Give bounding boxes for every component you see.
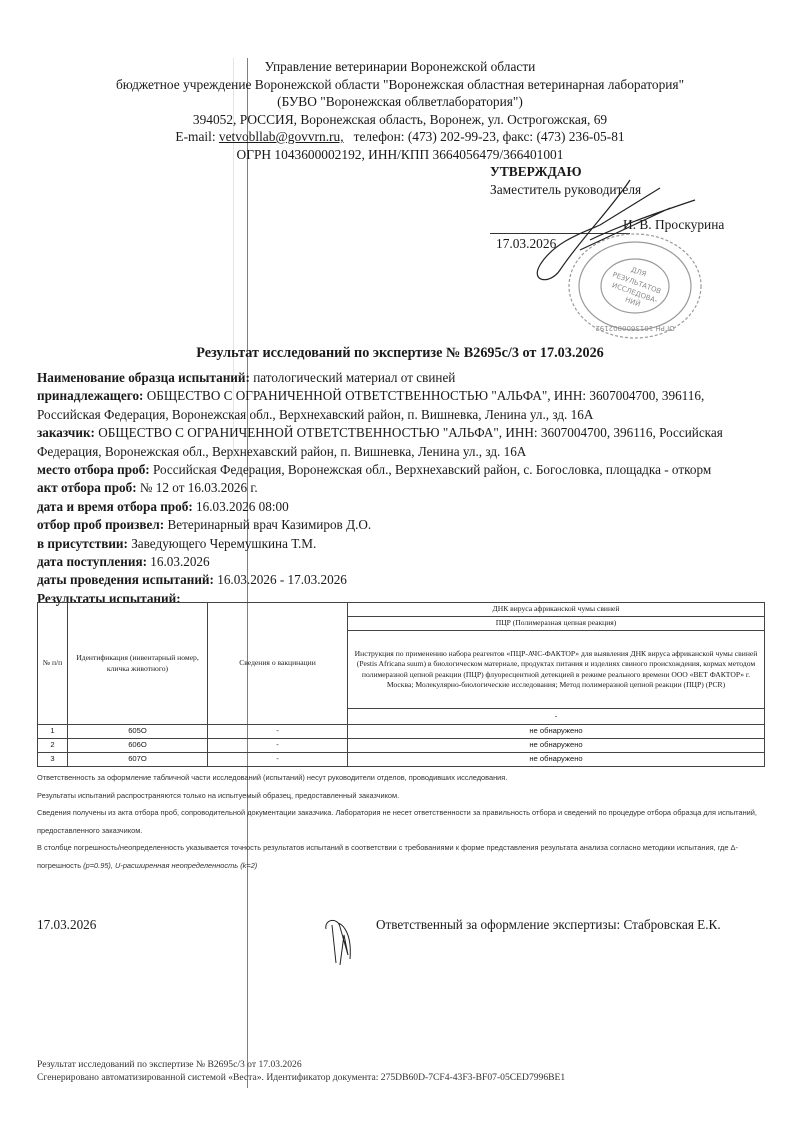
page-title: Результат исследований по экспертизе № В… bbox=[0, 345, 800, 362]
header-norm: - bbox=[348, 709, 765, 725]
row-vacc: - bbox=[208, 725, 348, 739]
owner-label: принадлежащего: bbox=[37, 388, 143, 403]
header-address: 394052, РОССИЯ, Воронежская область, Вор… bbox=[0, 111, 800, 129]
row-result: не обнаружено bbox=[348, 739, 765, 753]
header-method-short: ПЦР (Полимеразная цепная реакция) bbox=[348, 617, 765, 631]
customer-value: ОБЩЕСТВО С ОГРАНИЧЕННОЙ ОТВЕТСТВЕННОСТЬЮ… bbox=[37, 425, 723, 458]
header-short-name: (БУВО "Воронежская облветлаборатория") bbox=[0, 93, 800, 111]
received-value: 16.03.2026 bbox=[150, 554, 209, 569]
table-row: 3 607О - не обнаружено bbox=[38, 753, 765, 767]
presence-value: Заведующего Черемушкина Т.М. bbox=[131, 536, 316, 551]
svg-text:ОГРН 1013600002192: ОГРН 1013600002192 bbox=[595, 324, 674, 332]
row-num: 2 bbox=[38, 739, 68, 753]
row-result: не обнаружено bbox=[348, 753, 765, 767]
received-label: дата поступления: bbox=[37, 554, 147, 569]
row-result: не обнаружено bbox=[348, 725, 765, 739]
approver-signature-icon bbox=[520, 170, 710, 290]
sampling-place-row: место отбора проб: Российская Федерация,… bbox=[37, 461, 767, 479]
document-footer: Результат исследований по экспертизе № В… bbox=[37, 1058, 565, 1085]
results-table: № п/п Идентификация (инвентарный номер, … bbox=[37, 602, 765, 767]
row-vacc: - bbox=[208, 753, 348, 767]
received-row: дата поступления: 16.03.2026 bbox=[37, 553, 767, 571]
owner-row: принадлежащего: ОБЩЕСТВО С ОГРАНИЧЕННОЙ … bbox=[37, 387, 767, 424]
test-dates-label: даты проведения испытаний: bbox=[37, 572, 214, 587]
sample-name-label: Наименование образца испытаний: bbox=[37, 370, 250, 385]
sampling-place-value: Российская Федерация, Воронежская обл., … bbox=[153, 462, 711, 477]
sample-name-row: Наименование образца испытаний: патологи… bbox=[37, 369, 767, 387]
notes-block: Ответственность за оформление табличной … bbox=[37, 769, 767, 875]
note-scope: Результаты испытаний распространяются то… bbox=[37, 787, 767, 805]
sampling-datetime-value: 16.03.2026 08:00 bbox=[196, 499, 289, 514]
row-num: 3 bbox=[38, 753, 68, 767]
header-registration: ОГРН 1043600002192, ИНН/КПП 3664056479/3… bbox=[0, 146, 800, 164]
table-row: 1 605О - не обнаружено bbox=[38, 725, 765, 739]
header-contacts: E-mail: vetvobllab@govvrn.ru, телефон: (… bbox=[0, 128, 800, 146]
responsible-signature-icon bbox=[318, 915, 358, 975]
sampled-by-row: отбор проб произвел: Ветеринарный врач К… bbox=[37, 516, 767, 534]
row-ident: 607О bbox=[68, 753, 208, 767]
sampling-place-label: место отбора проб: bbox=[37, 462, 150, 477]
header-identification: Идентификация (инвентарный номер, кличка… bbox=[68, 603, 208, 725]
header-vaccination: Сведения о вакцинации bbox=[208, 603, 348, 725]
test-dates-value: 16.03.2026 - 17.03.2026 bbox=[217, 572, 347, 587]
sample-name-value: патологический материал от свиней bbox=[253, 370, 455, 385]
test-dates-row: даты проведения испытаний: 16.03.2026 - … bbox=[37, 571, 767, 589]
row-num: 1 bbox=[38, 725, 68, 739]
sampling-act-row: акт отбора проб: № 12 от 16.03.2026 г. bbox=[37, 479, 767, 497]
footer-reference: Результат исследований по экспертизе № В… bbox=[37, 1058, 565, 1071]
row-ident: 605О bbox=[68, 725, 208, 739]
customer-row: заказчик: ОБЩЕСТВО С ОГРАНИЧЕННОЙ ОТВЕТС… bbox=[37, 424, 767, 461]
header-indicator: ДНК вируса африканской чумы свиней bbox=[348, 603, 765, 617]
table-row: 2 606О - не обнаружено bbox=[38, 739, 765, 753]
presence-label: в присутствии: bbox=[37, 536, 128, 551]
phone-fax: телефон: (473) 202-99-23, факс: (473) 23… bbox=[354, 129, 625, 144]
sampling-datetime-row: дата и время отбора проб: 16.03.2026 08:… bbox=[37, 498, 767, 516]
header-authority: Управление ветеринарии Воронежской облас… bbox=[0, 58, 800, 76]
sampling-act-label: акт отбора проб: bbox=[37, 480, 137, 495]
sampling-datetime-label: дата и время отбора проб: bbox=[37, 499, 193, 514]
sample-info: Наименование образца испытаний: патологи… bbox=[37, 369, 767, 608]
footer-date: 17.03.2026 bbox=[37, 917, 96, 933]
note-responsibility: Ответственность за оформление табличной … bbox=[37, 769, 767, 787]
sampling-act-value: № 12 от 16.03.2026 г. bbox=[140, 480, 258, 495]
sampled-by-label: отбор проб произвел: bbox=[37, 517, 164, 532]
customer-label: заказчик: bbox=[37, 425, 95, 440]
note-uncertainty: В столбце погрешность/неопределенность у… bbox=[37, 839, 767, 874]
note-source: Сведения получены из акта отбора проб, с… bbox=[37, 804, 767, 839]
header-method-document: Инструкция по применению набора реагенто… bbox=[348, 631, 765, 709]
header-institution: бюджетное учреждение Воронежской области… bbox=[0, 76, 800, 94]
header-num: № п/п bbox=[38, 603, 68, 725]
email-link[interactable]: vetvobllab@govvrn.ru, bbox=[219, 129, 344, 144]
sampled-by-value: Ветеринарный врач Казимиров Д.О. bbox=[167, 517, 371, 532]
row-ident: 606О bbox=[68, 739, 208, 753]
row-vacc: - bbox=[208, 739, 348, 753]
footer-generated-id: Сгенерировано автоматизированной системо… bbox=[37, 1071, 565, 1084]
organization-header: Управление ветеринарии Воронежской облас… bbox=[0, 58, 800, 163]
presence-row: в присутствии: Заведующего Черемушкина Т… bbox=[37, 535, 767, 553]
responsible-person: Ответственный за оформление экспертизы: … bbox=[376, 917, 721, 933]
email-label: E-mail: bbox=[175, 129, 215, 144]
